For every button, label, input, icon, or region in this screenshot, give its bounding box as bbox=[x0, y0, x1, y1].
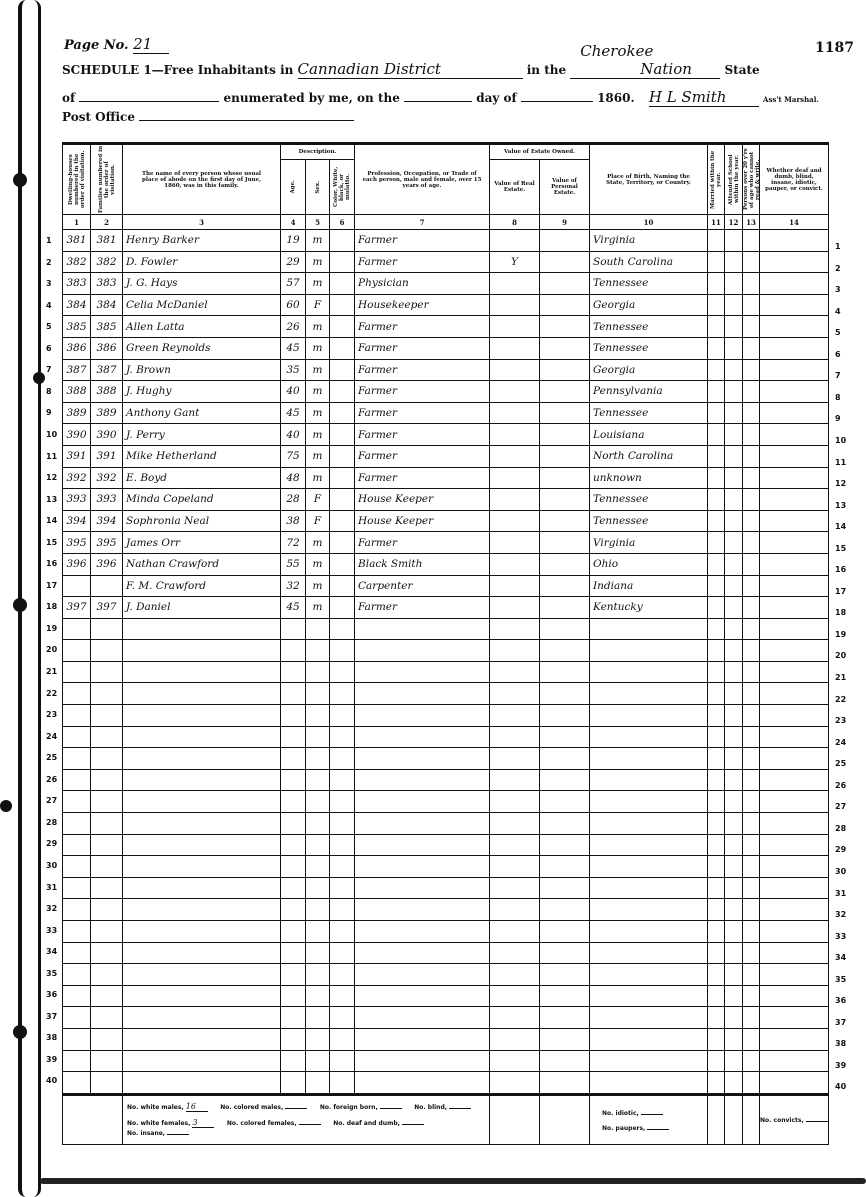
cell-age bbox=[281, 985, 306, 1007]
cell-color bbox=[330, 553, 355, 575]
cell-occupation: Farmer bbox=[355, 359, 490, 381]
cell-school bbox=[725, 424, 743, 446]
cell-age: 32 bbox=[281, 575, 306, 597]
cell-color bbox=[330, 337, 355, 359]
cell-married bbox=[708, 640, 725, 662]
cell-age bbox=[281, 726, 306, 748]
cell-married bbox=[708, 748, 725, 770]
cell-birthplace: Tennessee bbox=[590, 273, 708, 295]
cell-illiterate bbox=[743, 1028, 760, 1050]
cell-sex bbox=[306, 921, 330, 943]
cell-real-estate bbox=[490, 489, 540, 511]
cell-age: 55 bbox=[281, 553, 306, 575]
cell-family: 391 bbox=[91, 445, 123, 467]
table-row bbox=[63, 640, 829, 662]
cell-color bbox=[330, 769, 355, 791]
cell-family bbox=[91, 813, 123, 835]
cell-birthplace: South Carolina bbox=[590, 251, 708, 273]
cell-dwelling bbox=[63, 683, 91, 705]
cell-real-estate: Y bbox=[490, 251, 540, 273]
paupers-count bbox=[647, 1129, 669, 1130]
cell-married bbox=[708, 575, 725, 597]
cell-age bbox=[281, 856, 306, 878]
colored-females-count bbox=[299, 1124, 321, 1125]
cell-sex bbox=[306, 791, 330, 813]
table-row bbox=[63, 1050, 829, 1072]
cell-name: Minda Copeland bbox=[123, 489, 281, 511]
col-header-school: Attended School within the year. bbox=[725, 144, 743, 215]
table-row: 396396Nathan Crawford55mBlack SmithOhio bbox=[63, 553, 829, 575]
cell-disability bbox=[760, 769, 829, 791]
group-header-value-estate: Value of Estate Owned. bbox=[490, 144, 590, 160]
cell-sex: F bbox=[306, 294, 330, 316]
cell-birthplace bbox=[590, 1050, 708, 1072]
cell-school bbox=[725, 467, 743, 489]
line-number: 22 bbox=[46, 689, 57, 698]
cell-married bbox=[708, 553, 725, 575]
cell-family: 385 bbox=[91, 316, 123, 338]
line-number: 4 bbox=[46, 301, 52, 310]
line-number: 13 bbox=[46, 495, 57, 504]
line-number: 33 bbox=[46, 926, 57, 935]
cell-dwelling: 384 bbox=[63, 294, 91, 316]
line-number: 6 bbox=[46, 344, 52, 353]
page-number-line: Page No. 21 bbox=[64, 35, 169, 54]
cell-real-estate bbox=[490, 813, 540, 835]
cell-dwelling bbox=[63, 1050, 91, 1072]
cell-color bbox=[330, 1050, 355, 1072]
line-number: 35 bbox=[46, 969, 57, 978]
cell-school bbox=[725, 445, 743, 467]
cell-color bbox=[330, 964, 355, 986]
cell-name bbox=[123, 791, 281, 813]
cell-sex bbox=[306, 985, 330, 1007]
convicts-count bbox=[806, 1121, 828, 1122]
cell-family bbox=[91, 748, 123, 770]
cell-birthplace bbox=[590, 1007, 708, 1029]
cell-disability bbox=[760, 597, 829, 619]
cell-birthplace bbox=[590, 813, 708, 835]
line-number: 17 bbox=[46, 581, 57, 590]
schedule-title: SCHEDULE 1—Free Inhabitants in bbox=[62, 63, 293, 77]
cell-dwelling bbox=[63, 618, 91, 640]
foreign-born-count bbox=[380, 1108, 402, 1109]
cell-color bbox=[330, 813, 355, 835]
insane-count bbox=[167, 1134, 189, 1135]
line-number: 18 bbox=[46, 602, 57, 611]
district-value: Cannadian District bbox=[298, 60, 523, 79]
cell-age: 45 bbox=[281, 337, 306, 359]
cell-dwelling: 387 bbox=[63, 359, 91, 381]
cell-color bbox=[330, 597, 355, 619]
line-number: 39 bbox=[46, 1055, 57, 1064]
cell-personal-estate bbox=[540, 856, 590, 878]
cell-personal-estate bbox=[540, 834, 590, 856]
cell-illiterate bbox=[743, 834, 760, 856]
cell-name bbox=[123, 1072, 281, 1095]
cell-illiterate bbox=[743, 942, 760, 964]
cell-age: 45 bbox=[281, 597, 306, 619]
cell-sex: m bbox=[306, 553, 330, 575]
cell-color bbox=[330, 510, 355, 532]
cell-age: 29 bbox=[281, 251, 306, 273]
marshal-label: Ass't Marshal. bbox=[763, 95, 819, 104]
cell-married bbox=[708, 856, 725, 878]
cell-disability bbox=[760, 359, 829, 381]
cell-sex: m bbox=[306, 337, 330, 359]
cell-name: D. Fowler bbox=[123, 251, 281, 273]
cell-personal-estate bbox=[540, 618, 590, 640]
cell-married bbox=[708, 230, 725, 252]
cell-sex bbox=[306, 1007, 330, 1029]
cell-color bbox=[330, 532, 355, 554]
cell-dwelling: 396 bbox=[63, 553, 91, 575]
cell-married bbox=[708, 316, 725, 338]
cell-birthplace: Tennessee bbox=[590, 510, 708, 532]
cell-disability bbox=[760, 1028, 829, 1050]
cell-name: J. Daniel bbox=[123, 597, 281, 619]
cell-color bbox=[330, 985, 355, 1007]
line-number: 40 bbox=[46, 1076, 57, 1085]
table-row: 381381Henry Barker19mFarmerVirginia bbox=[63, 230, 829, 252]
cell-married bbox=[708, 402, 725, 424]
census-table: Dwelling-houses numbered in the order of… bbox=[62, 142, 829, 1145]
cell-illiterate bbox=[743, 316, 760, 338]
cell-occupation: Physician bbox=[355, 273, 490, 295]
line-number: 11 bbox=[835, 458, 846, 467]
cell-dwelling: 391 bbox=[63, 445, 91, 467]
cell-married bbox=[708, 489, 725, 511]
cell-school bbox=[725, 791, 743, 813]
table-row bbox=[63, 813, 829, 835]
cell-school bbox=[725, 834, 743, 856]
cell-disability bbox=[760, 402, 829, 424]
cell-sex: m bbox=[306, 316, 330, 338]
schedule-title-line: SCHEDULE 1—Free Inhabitants in Cannadian… bbox=[62, 60, 760, 79]
of-label: of bbox=[62, 91, 75, 105]
cell-illiterate bbox=[743, 553, 760, 575]
cell-sex bbox=[306, 640, 330, 662]
cell-married bbox=[708, 1007, 725, 1029]
cell-name: E. Boyd bbox=[123, 467, 281, 489]
cell-name bbox=[123, 705, 281, 727]
cell-occupation bbox=[355, 899, 490, 921]
cell-disability bbox=[760, 791, 829, 813]
cell-real-estate bbox=[490, 316, 540, 338]
cell-married bbox=[708, 791, 725, 813]
table-row: F. M. Crawford32mCarpenterIndiana bbox=[63, 575, 829, 597]
cell-sex bbox=[306, 661, 330, 683]
column-number-row: 1234567891011121314 bbox=[63, 215, 829, 230]
cell-birthplace bbox=[590, 877, 708, 899]
cell-disability bbox=[760, 424, 829, 446]
cell-illiterate bbox=[743, 899, 760, 921]
cell-dwelling bbox=[63, 726, 91, 748]
cell-age bbox=[281, 1028, 306, 1050]
line-number: 35 bbox=[835, 975, 846, 984]
cell-disability bbox=[760, 316, 829, 338]
cell-real-estate bbox=[490, 1007, 540, 1029]
cell-dwelling bbox=[63, 1028, 91, 1050]
cell-disability bbox=[760, 942, 829, 964]
cell-occupation: Carpenter bbox=[355, 575, 490, 597]
cell-dwelling bbox=[63, 791, 91, 813]
cell-name bbox=[123, 640, 281, 662]
cell-illiterate bbox=[743, 424, 760, 446]
table-row: 388388J. Hughy40mFarmerPennsylvania bbox=[63, 381, 829, 403]
cell-birthplace: Tennessee bbox=[590, 402, 708, 424]
cell-school bbox=[725, 381, 743, 403]
group-header-description: Description. bbox=[281, 144, 355, 160]
cell-birthplace bbox=[590, 726, 708, 748]
cell-real-estate bbox=[490, 337, 540, 359]
cell-birthplace bbox=[590, 791, 708, 813]
cell-sex bbox=[306, 942, 330, 964]
cell-name bbox=[123, 748, 281, 770]
table-row: 391391Mike Hetherland75mFarmerNorth Caro… bbox=[63, 445, 829, 467]
cell-color bbox=[330, 705, 355, 727]
cell-married bbox=[708, 705, 725, 727]
cell-real-estate bbox=[490, 424, 540, 446]
cell-occupation: Farmer bbox=[355, 532, 490, 554]
line-number: 18 bbox=[835, 608, 846, 617]
cell-age bbox=[281, 748, 306, 770]
cell-color bbox=[330, 1007, 355, 1029]
cell-dwelling bbox=[63, 964, 91, 986]
cell-personal-estate bbox=[540, 791, 590, 813]
cell-family: 395 bbox=[91, 532, 123, 554]
cell-birthplace: Louisiana bbox=[590, 424, 708, 446]
cell-disability bbox=[760, 640, 829, 662]
line-number: 38 bbox=[835, 1039, 846, 1048]
deaf-dumb-count bbox=[402, 1124, 424, 1125]
cell-school bbox=[725, 230, 743, 252]
cell-personal-estate bbox=[540, 877, 590, 899]
enumerated-label: enumerated by me, on the bbox=[224, 91, 400, 105]
cell-sex bbox=[306, 726, 330, 748]
enumerator-name: H L Smith bbox=[649, 88, 759, 107]
cell-color bbox=[330, 640, 355, 662]
cell-occupation: Farmer bbox=[355, 337, 490, 359]
table-row: 395395James Orr72mFarmerVirginia bbox=[63, 532, 829, 554]
line-number: 14 bbox=[46, 516, 57, 525]
cell-disability bbox=[760, 294, 829, 316]
cell-dwelling bbox=[63, 942, 91, 964]
cell-illiterate bbox=[743, 467, 760, 489]
cell-age bbox=[281, 1072, 306, 1095]
cell-age: 26 bbox=[281, 316, 306, 338]
cell-married bbox=[708, 467, 725, 489]
cell-school bbox=[725, 877, 743, 899]
cell-occupation: Farmer bbox=[355, 316, 490, 338]
cell-married bbox=[708, 532, 725, 554]
cell-illiterate bbox=[743, 510, 760, 532]
cell-school bbox=[725, 1028, 743, 1050]
cell-married bbox=[708, 985, 725, 1007]
line-number: 16 bbox=[835, 565, 846, 574]
cell-personal-estate bbox=[540, 424, 590, 446]
cell-disability bbox=[760, 273, 829, 295]
col-header-occupation: Profession, Occupation, or Trade of each… bbox=[355, 144, 490, 215]
punch-hole bbox=[33, 372, 45, 384]
cell-sex bbox=[306, 856, 330, 878]
line-number: 24 bbox=[46, 732, 57, 741]
cell-family: 394 bbox=[91, 510, 123, 532]
line-number: 32 bbox=[835, 910, 846, 919]
cell-illiterate bbox=[743, 683, 760, 705]
cell-real-estate bbox=[490, 510, 540, 532]
cell-birthplace bbox=[590, 985, 708, 1007]
cell-disability bbox=[760, 661, 829, 683]
cell-name: Green Reynolds bbox=[123, 337, 281, 359]
cell-birthplace bbox=[590, 618, 708, 640]
cell-disability bbox=[760, 337, 829, 359]
cell-color bbox=[330, 402, 355, 424]
table-row: 397397J. Daniel45mFarmerKentucky bbox=[63, 597, 829, 619]
cell-color bbox=[330, 661, 355, 683]
cell-married bbox=[708, 769, 725, 791]
cell-color bbox=[330, 359, 355, 381]
cell-disability bbox=[760, 964, 829, 986]
cell-family bbox=[91, 1028, 123, 1050]
cell-disability bbox=[760, 489, 829, 511]
cell-real-estate bbox=[490, 640, 540, 662]
cell-name bbox=[123, 899, 281, 921]
cell-personal-estate bbox=[540, 640, 590, 662]
cell-color bbox=[330, 489, 355, 511]
cell-occupation bbox=[355, 834, 490, 856]
cell-occupation bbox=[355, 1007, 490, 1029]
line-number: 1 bbox=[835, 242, 841, 251]
cell-dwelling: 390 bbox=[63, 424, 91, 446]
cell-disability bbox=[760, 618, 829, 640]
cell-illiterate bbox=[743, 402, 760, 424]
cell-dwelling bbox=[63, 1072, 91, 1095]
cell-real-estate bbox=[490, 467, 540, 489]
cell-occupation bbox=[355, 1050, 490, 1072]
cell-illiterate bbox=[743, 985, 760, 1007]
cell-school bbox=[725, 964, 743, 986]
cell-dwelling: 386 bbox=[63, 337, 91, 359]
cell-occupation bbox=[355, 640, 490, 662]
cell-sex bbox=[306, 899, 330, 921]
cell-age bbox=[281, 661, 306, 683]
cell-color bbox=[330, 1072, 355, 1095]
cell-family bbox=[91, 791, 123, 813]
cell-disability bbox=[760, 445, 829, 467]
line-number: 37 bbox=[835, 1018, 846, 1027]
cell-name bbox=[123, 1028, 281, 1050]
cell-illiterate bbox=[743, 489, 760, 511]
cell-dwelling bbox=[63, 899, 91, 921]
cell-dwelling bbox=[63, 921, 91, 943]
line-number: 10 bbox=[46, 430, 57, 439]
table-row bbox=[63, 661, 829, 683]
cell-age bbox=[281, 1007, 306, 1029]
line-number: 20 bbox=[835, 651, 846, 660]
cell-married bbox=[708, 445, 725, 467]
cell-disability bbox=[760, 985, 829, 1007]
cell-school bbox=[725, 273, 743, 295]
cell-personal-estate bbox=[540, 532, 590, 554]
cell-school bbox=[725, 618, 743, 640]
cell-birthplace: Kentucky bbox=[590, 597, 708, 619]
cell-sex: m bbox=[306, 273, 330, 295]
cell-personal-estate bbox=[540, 683, 590, 705]
cell-real-estate bbox=[490, 705, 540, 727]
line-number: 9 bbox=[835, 414, 841, 423]
cell-personal-estate bbox=[540, 985, 590, 1007]
cell-real-estate bbox=[490, 402, 540, 424]
line-number: 31 bbox=[46, 883, 57, 892]
cell-occupation bbox=[355, 942, 490, 964]
cell-sex bbox=[306, 1028, 330, 1050]
cell-school bbox=[725, 402, 743, 424]
cell-occupation bbox=[355, 1072, 490, 1095]
cell-name bbox=[123, 985, 281, 1007]
cell-dwelling bbox=[63, 748, 91, 770]
cell-sex bbox=[306, 964, 330, 986]
cell-birthplace bbox=[590, 705, 708, 727]
cell-birthplace bbox=[590, 942, 708, 964]
cell-dwelling bbox=[63, 813, 91, 835]
cell-disability bbox=[760, 726, 829, 748]
line-number: 5 bbox=[46, 322, 52, 331]
line-number: 39 bbox=[835, 1061, 846, 1070]
cell-age: 75 bbox=[281, 445, 306, 467]
table-row bbox=[63, 964, 829, 986]
cell-occupation: Farmer bbox=[355, 230, 490, 252]
cell-name: Nathan Crawford bbox=[123, 553, 281, 575]
cell-sex: m bbox=[306, 467, 330, 489]
cell-sex bbox=[306, 1072, 330, 1095]
cell-school bbox=[725, 748, 743, 770]
cell-real-estate bbox=[490, 748, 540, 770]
cell-disability bbox=[760, 748, 829, 770]
cell-color bbox=[330, 791, 355, 813]
binding-knot bbox=[13, 598, 27, 612]
cell-dwelling bbox=[63, 640, 91, 662]
table-row bbox=[63, 985, 829, 1007]
cell-married bbox=[708, 964, 725, 986]
cell-disability bbox=[760, 510, 829, 532]
cell-family bbox=[91, 705, 123, 727]
cell-occupation: Farmer bbox=[355, 597, 490, 619]
table-row: 390390J. Perry40mFarmerLouisiana bbox=[63, 424, 829, 446]
line-number: 37 bbox=[46, 1012, 57, 1021]
cell-school bbox=[725, 294, 743, 316]
cell-birthplace: Tennessee bbox=[590, 489, 708, 511]
cell-family: 382 bbox=[91, 251, 123, 273]
cell-school bbox=[725, 359, 743, 381]
cell-illiterate bbox=[743, 1072, 760, 1095]
cell-dwelling: 383 bbox=[63, 273, 91, 295]
col-header-color: Color, White, black, or mulatto. bbox=[330, 160, 355, 215]
cell-school bbox=[725, 683, 743, 705]
cell-age: 40 bbox=[281, 424, 306, 446]
table-row bbox=[63, 683, 829, 705]
cell-name: Sophronia Neal bbox=[123, 510, 281, 532]
cell-real-estate bbox=[490, 899, 540, 921]
cell-school bbox=[725, 316, 743, 338]
cell-school bbox=[725, 856, 743, 878]
cell-dwelling: 389 bbox=[63, 402, 91, 424]
table-row bbox=[63, 791, 829, 813]
cell-age: 60 bbox=[281, 294, 306, 316]
cell-personal-estate bbox=[540, 748, 590, 770]
col-header-personal-estate: Value of Personal Estate. bbox=[540, 160, 590, 215]
cell-color bbox=[330, 316, 355, 338]
